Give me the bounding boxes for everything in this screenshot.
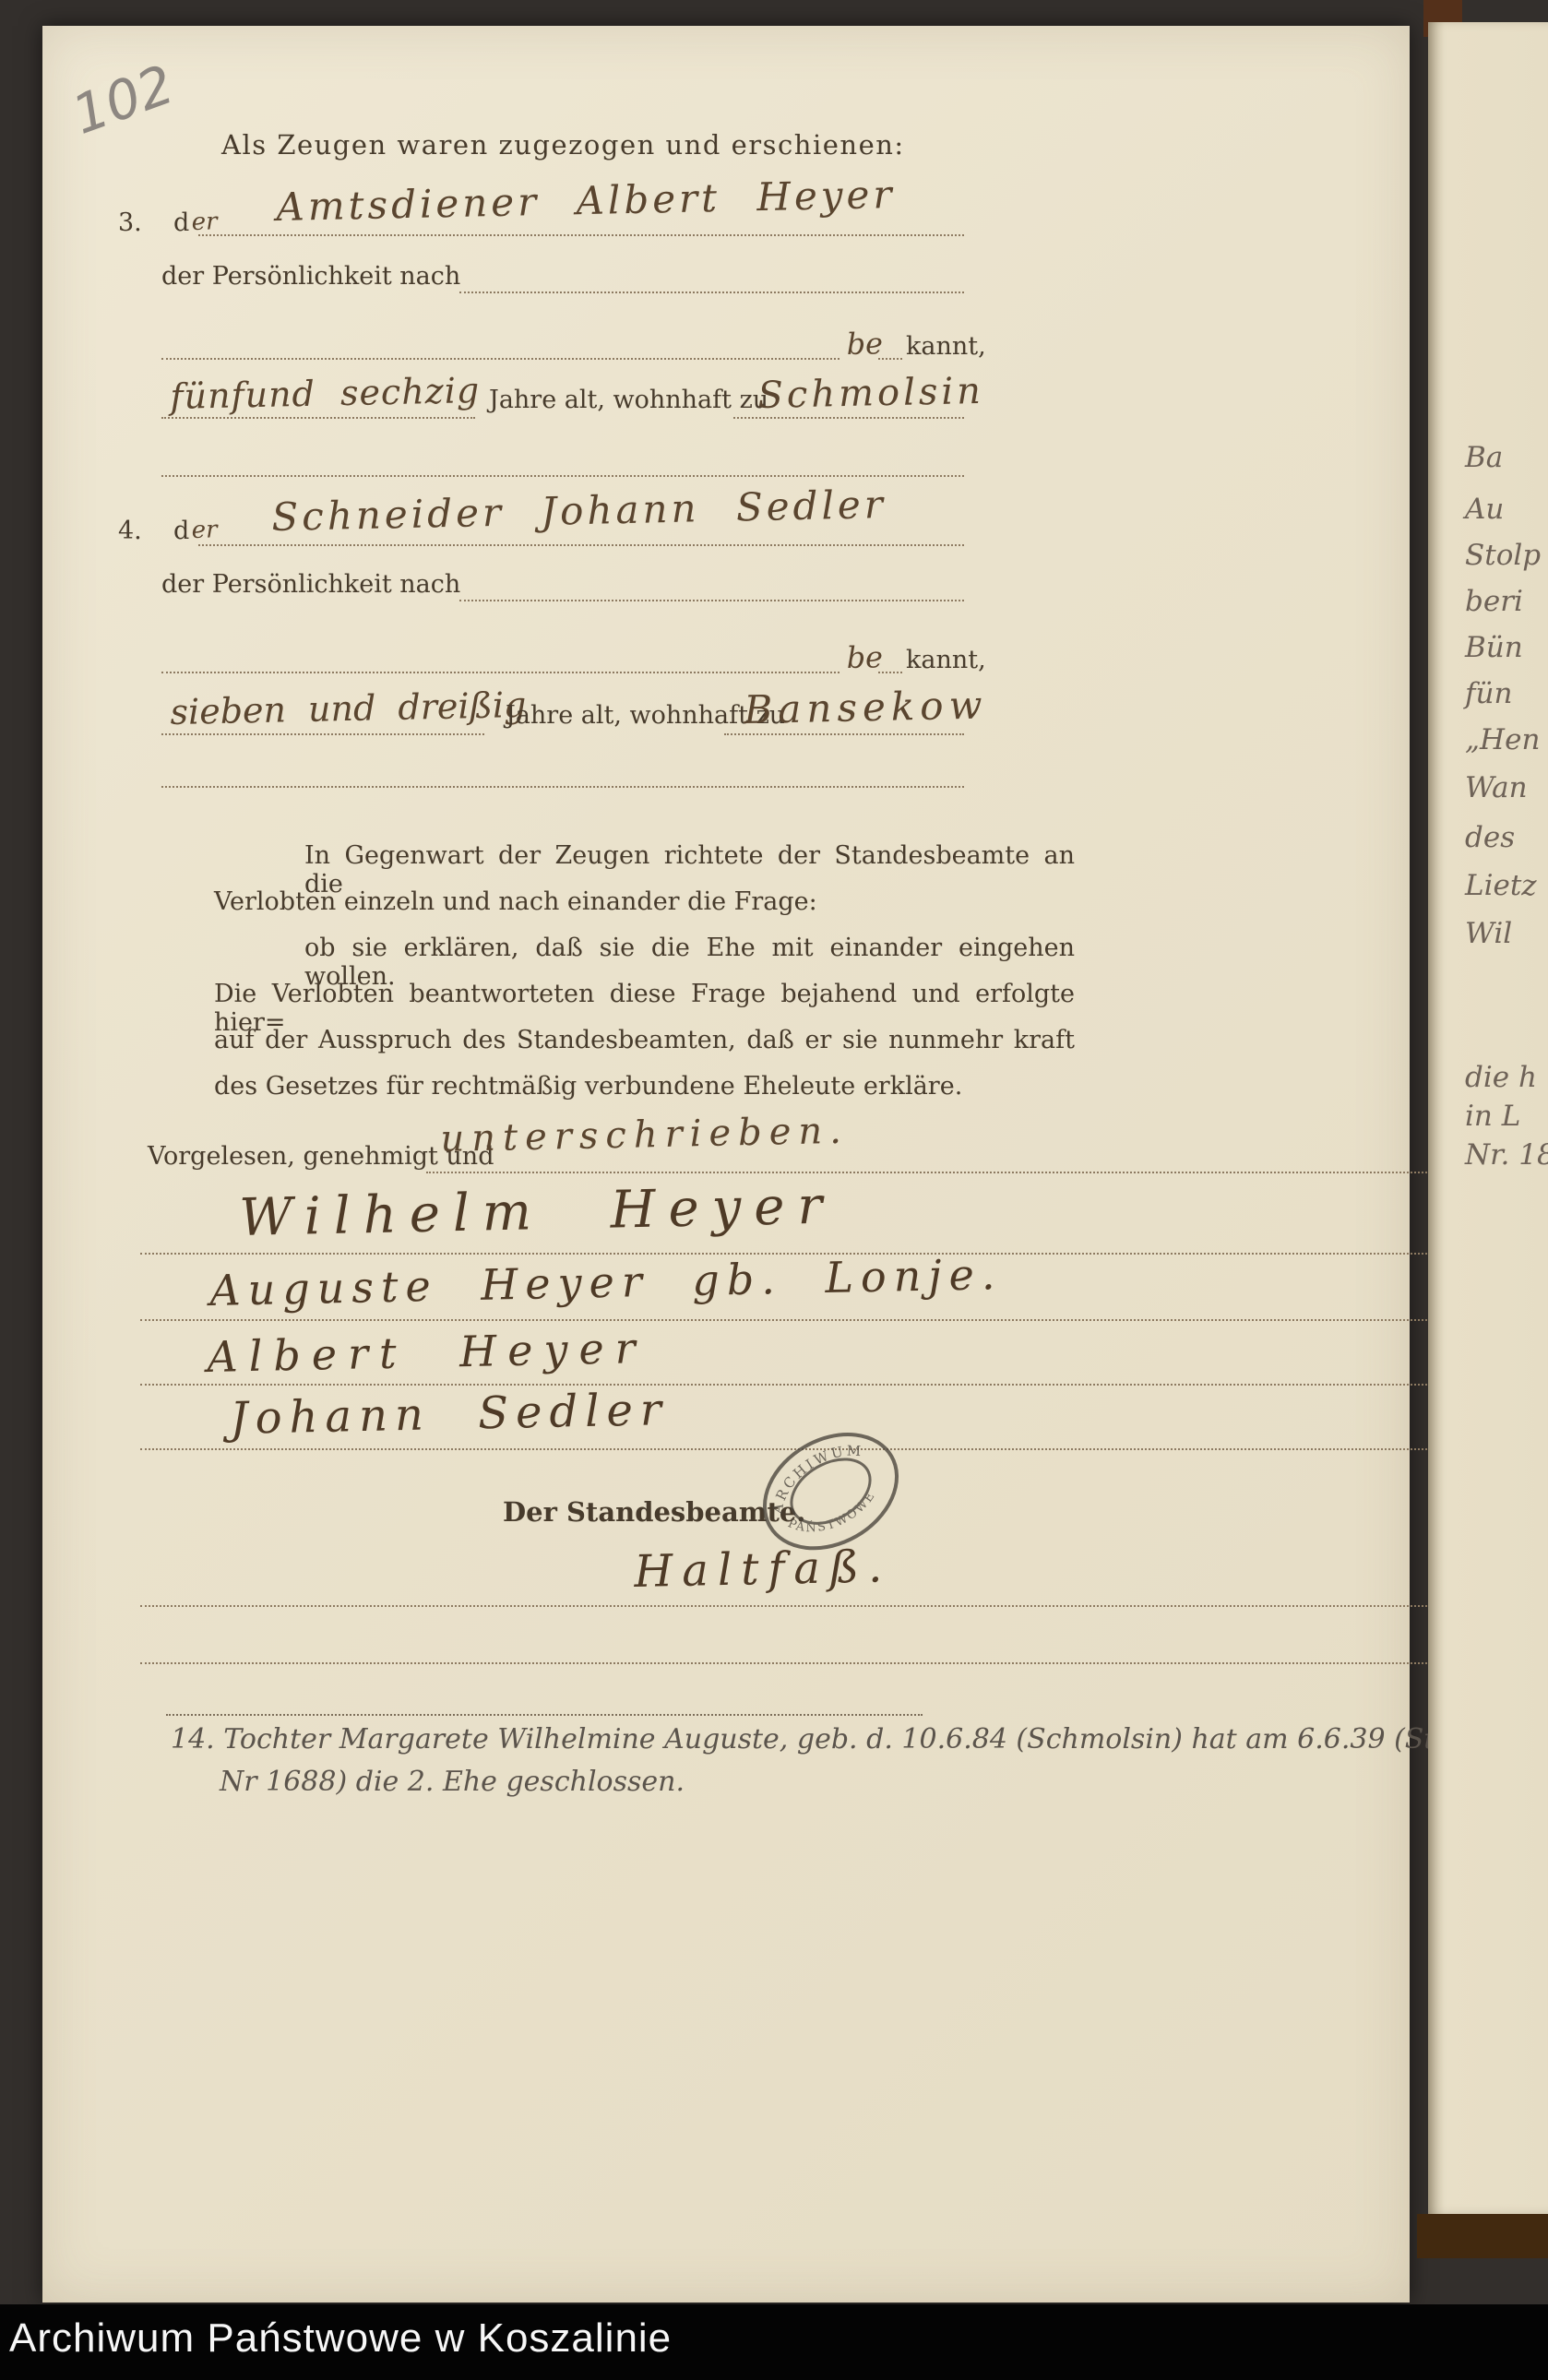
next-page-fragment: Lietz [1465,869,1537,902]
next-page-fragment: beri [1465,585,1523,618]
witness3-age-printed: Jahre alt, wohnhaft zu [489,386,768,414]
dotted-line [459,292,964,293]
dotted-line [426,1172,1435,1173]
dotted-line [161,417,475,419]
closing-handwritten: unterschrieben. [440,1110,849,1160]
next-page-fragment: Nr. 18 [1465,1138,1548,1172]
witness3-article-handwritten: er [191,208,217,236]
witness4-article-handwritten: er [191,516,217,544]
dotted-line [733,417,964,419]
declaration-line-5: auf der Ausspruch des Standesbeamten, da… [214,1026,1075,1054]
margin-note-line1: 14. Tochter Margarete Wilhelmine Auguste… [171,1723,1548,1755]
next-page-fragment: Wan [1465,771,1528,804]
book-spine-bottom [1417,2214,1548,2258]
dotted-line [724,733,964,735]
next-page-fragment: Au [1465,493,1504,526]
dotted-line [459,600,964,601]
signature-johann-sedler: Johann Sedler [230,1384,670,1445]
signature-albert-heyer: Albert Heyer [207,1323,647,1382]
signature-wilhelm-heyer: Wilhelm Heyer [239,1175,836,1248]
dotted-line [166,1714,923,1716]
next-page-fragment: des [1465,821,1515,854]
next-page-fragment: Bün [1465,631,1523,664]
witness4-identity-label: der Persönlichkeit nach [161,570,460,599]
next-page-fragment: Ba [1465,441,1503,474]
witness3-known-printed: kannt, [906,332,986,361]
margin-note-line2: Nr 1688) die 2. Ehe geschlossen. [220,1766,685,1798]
footer-bar: Archiwum Państwowe w Koszalinie [0,2304,1548,2380]
dotted-line [161,672,839,673]
dotted-line [140,1384,1435,1386]
witness3-number: 3. [118,208,142,237]
next-page-fragment: in L [1465,1100,1520,1133]
scanned-register-page: 102 Als Zeugen waren zugezogen und ersch… [0,0,1548,2380]
witness3-article-printed: d [173,208,189,237]
witness4-article-printed: d [173,517,189,545]
next-page-fragment: Wil [1465,917,1512,950]
archive-footer-label: Archiwum Państwowe w Koszalinie [9,2315,672,2362]
dotted-line [198,544,964,546]
witness4-known-handwritten: be [846,639,883,675]
dotted-line [140,1319,1435,1321]
next-page-fragment: Stolp [1465,539,1541,572]
next-page-fragment: die h [1465,1061,1537,1094]
dotted-line [140,1605,1435,1607]
dotted-line [878,672,902,673]
witness3-known-handwritten: be [846,326,883,362]
witness3-identity-label: der Persönlichkeit nach [161,262,460,291]
witness3-age-handwritten: fünfund sechzig [170,370,481,417]
dotted-line [198,234,964,236]
witness4-number: 4. [118,517,142,545]
next-page-fragment: „Hen [1465,723,1540,756]
dotted-line [140,1662,1435,1664]
declaration-line-2: Verlobten einzeln und nach einander die … [214,887,817,916]
witness4-age-handwritten: sieben und dreißig [170,684,527,732]
witness4-place-handwritten: Bansekow [744,682,988,732]
dotted-line [161,786,964,788]
dotted-line [161,733,484,735]
dotted-line [161,475,964,477]
declaration-line-6: des Gesetzes für rechtmäßig verbundene E… [214,1072,962,1101]
witness4-known-printed: kannt, [906,646,986,674]
dotted-line [878,358,902,360]
witness3-place-handwritten: Schmolsin [757,370,984,417]
next-page-sliver: Ba Au Stolp beri Bün fün „Hen Wan des Li… [1428,22,1548,2214]
next-page-fragment: fün [1465,677,1512,710]
form-heading: Als Zeugen waren zugezogen und erschiene… [221,129,905,161]
dotted-line [161,358,839,360]
